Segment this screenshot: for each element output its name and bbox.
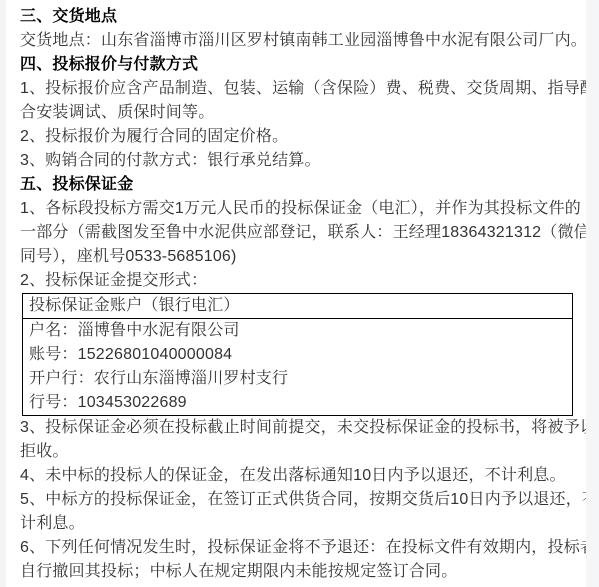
deposit-account-table: 投标保证金账户（银行电汇） 户名：淄博鲁中水泥有限公司 账号：152268010… [22,293,573,416]
table-header-cell: 投标保证金账户（银行电汇） [23,294,573,319]
text-line: 拒收。 [20,440,584,464]
table-row-account-number: 账号：15226801040000084 [23,343,573,367]
table-row-account-name: 户名：淄博鲁中水泥有限公司 [23,319,573,344]
text-line: 2、投标保证金提交形式： [20,269,584,293]
text-line: 3、购销合同的付款方式：银行承兑结算。 [20,149,584,173]
text-line: 合安装调试、质保时间等。 [20,101,584,125]
table-cell: 账号：15226801040000084 [23,343,573,367]
text-line: 一部分（需截图发至鲁中水泥供应部登记，联系人：王经理18364321312（微信 [20,221,584,245]
page-edge-left [0,0,6,587]
text-line: 自行撤回其投标；中标人在规定期限内未能按规定签订合同。 [20,560,584,584]
table-row-bank-code: 行号：103453022689 [23,391,573,416]
text-line: 2、投标报价为履行合同的固定价格。 [20,125,584,149]
text-line: 同号），座机号0533-5685106) [20,245,584,269]
table-cell: 户名：淄博鲁中水泥有限公司 [23,319,573,344]
document-page: { "colors": { "body_text": "#333333", "h… [0,0,599,587]
text-line: 计利息。 [20,512,584,536]
text-line: 5、中标方的投标保证金，在签订正式供货合同，按期交货后10日内予以退还，不 [20,488,584,512]
section-heading-delivery-location: 三、交货地点 [20,5,584,29]
table-row-bank-branch: 开户行：农行山东淄博淄川罗村支行 [23,367,573,391]
text-line: 6、下列任何情况发生时，投标保证金将不予退还：在投标文件有效期内，投标者 [20,536,584,560]
text-line: 交货地点：山东省淄博市淄川区罗村镇南韩工业园淄博鲁中水泥有限公司厂内。 [20,29,584,53]
text-line: 3、投标保证金必须在投标截止时间前提交，未交投标保证金的投标书，将被予以 [20,416,584,440]
text-line: 1、各标段投标方需交1万元人民币的投标保证金（电汇），并作为其投标文件的 [20,197,584,221]
section-heading-bid-deposit: 五、投标保证金 [20,173,584,197]
table-cell: 行号：103453022689 [23,391,573,416]
text-line: 4、未中标的投标人的保证金，在发出落标通知10日内予以退还，不计利息。 [20,464,584,488]
document-content: 三、交货地点 交货地点：山东省淄博市淄川区罗村镇南韩工业园淄博鲁中水泥有限公司厂… [20,5,584,584]
table-header-row: 投标保证金账户（银行电汇） [23,294,573,319]
text-line: 1、投标报价应含产品制造、包装、运输（含保险）费、税费、交货周期、指导配 [20,77,584,101]
section-heading-quotation-payment: 四、投标报价与付款方式 [20,53,584,77]
page-edge-right [586,0,599,587]
table-cell: 开户行：农行山东淄博淄川罗村支行 [23,367,573,391]
